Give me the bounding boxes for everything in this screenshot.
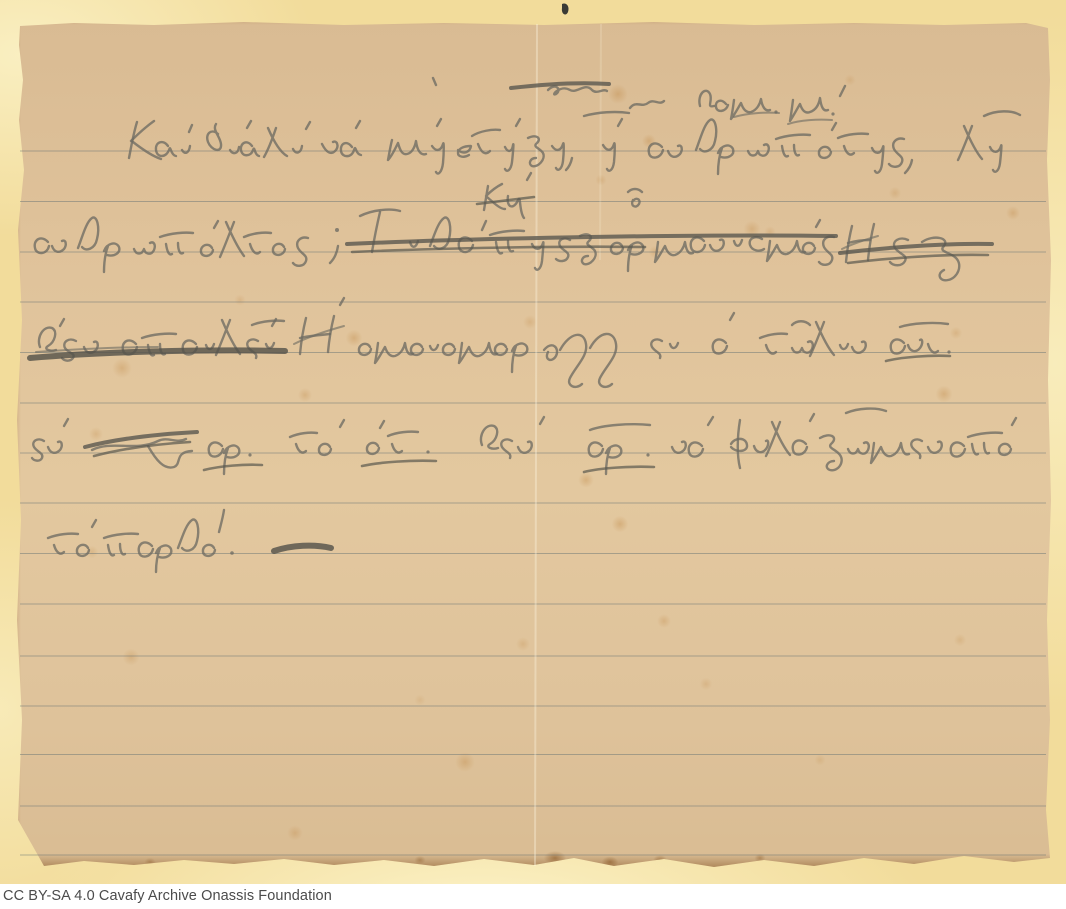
license-caption: CC BY-SA 4.0 Cavafy Archive Onassis Foun… xyxy=(0,884,1066,909)
manuscript-paper xyxy=(14,20,1052,869)
photo-background: CC BY-SA 4.0 Cavafy Archive Onassis Foun… xyxy=(0,0,1066,909)
paper-edge-top xyxy=(14,20,1052,25)
license-caption-text: CC BY-SA 4.0 Cavafy Archive Onassis Foun… xyxy=(0,884,332,909)
foxing-stains xyxy=(14,20,1052,869)
paper-torn-bottom-edge xyxy=(14,854,1052,869)
paper-edge-left xyxy=(14,20,21,869)
